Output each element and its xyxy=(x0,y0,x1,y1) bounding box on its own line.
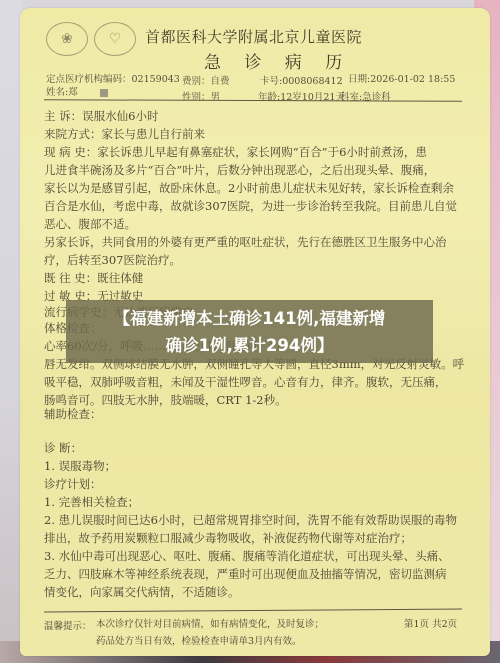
arrival-mode: 来院方式：家长与患儿自行前来 xyxy=(44,126,205,142)
plan-line: 1. 完善相关检查； xyxy=(44,494,139,510)
headline-line-1: 【福建新增本土确诊141例,福建新增 xyxy=(66,305,433,332)
present-illness-line: 现 病 史：家长诉患儿早起有鼻塞症状，家长网购“百合”于6小时前煮汤，患 xyxy=(44,144,427,160)
background-left xyxy=(0,0,22,663)
tip-line-2: 药品处方当日有效，检验检查申请单3月内有效。 xyxy=(96,633,302,647)
plan-line: 情变化，向家属交代病情，不适随诊。 xyxy=(44,584,240,600)
tip-label: 温馨提示： xyxy=(44,618,92,632)
present-illness-line: 家长以为是感冒引起，故卧床休息。2小时前患儿症状未见好转，家长诉检查剩余 xyxy=(44,180,454,196)
plan-line: 乏力、四肢麻木等神经系统表现，严重时可出现便血及抽搐等情况，密切监测病 xyxy=(44,566,447,582)
present-illness-line: 疗，后转至307医院治疗。 xyxy=(44,252,181,268)
name-redaction xyxy=(100,89,108,97)
national-emblem-logo-icon: ❀ xyxy=(46,22,88,56)
page-indicator: 第1页 共2页 xyxy=(404,616,457,630)
card-number: 卡号:0008068412 xyxy=(260,73,343,87)
tip-line-1: 本次诊疗仅针对目前病情，如有病情变化，及时复诊； xyxy=(96,616,324,630)
present-illness-line: 另家长诉，共同食用的外婆有更严重的呕吐症状，先行在德胜区卫生服务中心治 xyxy=(44,234,447,250)
chief-complaint: 主 诉：误服水仙6小时 xyxy=(44,108,158,124)
present-illness-line: 百合是水仙，考虑中毒，故就诊307医院，为进一步诊治转至我院。目前患儿自觉 xyxy=(44,198,457,214)
hospital-name: 首都医科大学附属北京儿童医院 xyxy=(145,26,362,47)
present-illness-line: 恶心、腹部不适。 xyxy=(44,216,136,232)
headline-line-2: 确诊1例,累计294例】 xyxy=(66,332,433,359)
plan-line: 排出，故予药用炭颗粒口服减少毒物吸收，补液促药物代谢等对症治疗； xyxy=(44,530,412,546)
header-logos: ❀ ♡ xyxy=(46,22,136,56)
news-headline-overlay: 【福建新增本土确诊141例,福建新增 确诊1例,累计294例】 xyxy=(66,300,433,363)
patient-gender: 性别：男 xyxy=(182,89,220,103)
plan-line: 3. 水仙中毒可出现恶心、呕吐、腹痛、腹痛等消化道症状，可出现头晕、头痛、 xyxy=(44,548,450,564)
present-illness-line: 儿进食半碗汤及多片“百合”叶片，后数分钟出现恶心，之后出现头晕、腹痛， xyxy=(44,162,435,178)
diagnosis-item: 1. 误服毒物； xyxy=(44,458,116,474)
institution-code: 定点医疗机构编码：02159043 xyxy=(46,71,180,85)
record-title: 急 诊 病 历 xyxy=(204,48,351,73)
past-history: 既 往 史：既往体健 xyxy=(44,270,143,286)
plan-label: 诊疗计划： xyxy=(44,476,102,492)
patient-name: 姓名:郑 xyxy=(46,84,78,98)
diagnosis-label: 诊 断： xyxy=(44,440,82,456)
physical-exam-line: 吸平稳，双肺呼吸音粗，未闻及干湿性啰音。心音有力，律齐。腹软，无压痛， xyxy=(44,374,447,390)
plan-line: 2. 患儿误服时间已达6小时，已超常规胃排空时间，洗胃不能有效帮助误服的毒物 xyxy=(44,512,457,528)
visit-date: 日期:2026-01-02 18:55 xyxy=(348,71,455,85)
heart-logo-icon: ♡ xyxy=(94,22,136,56)
aux-exam-label: 辅助检查： xyxy=(44,406,102,422)
fee-type: 费别：自费 xyxy=(182,73,230,87)
